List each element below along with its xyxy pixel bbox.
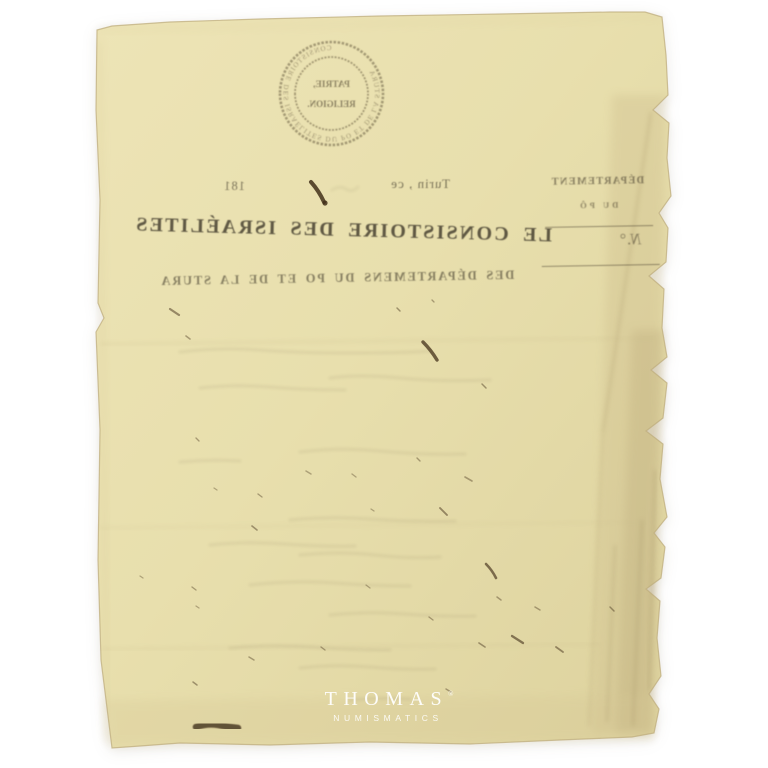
- registered-trademark-symbol: ®: [448, 690, 453, 698]
- brand-watermark: THOMAS® NUMISMATICS: [306, 688, 466, 723]
- paper-sheet: [0, 0, 768, 768]
- brand-name: THOMAS®: [306, 688, 466, 711]
- product-photo: DÉPARTEMENT DU PÔ N.° Turin , ce 181 LE …: [0, 0, 768, 768]
- paper-shape: [96, 12, 671, 748]
- brand-subtitle: NUMISMATICS: [306, 713, 466, 723]
